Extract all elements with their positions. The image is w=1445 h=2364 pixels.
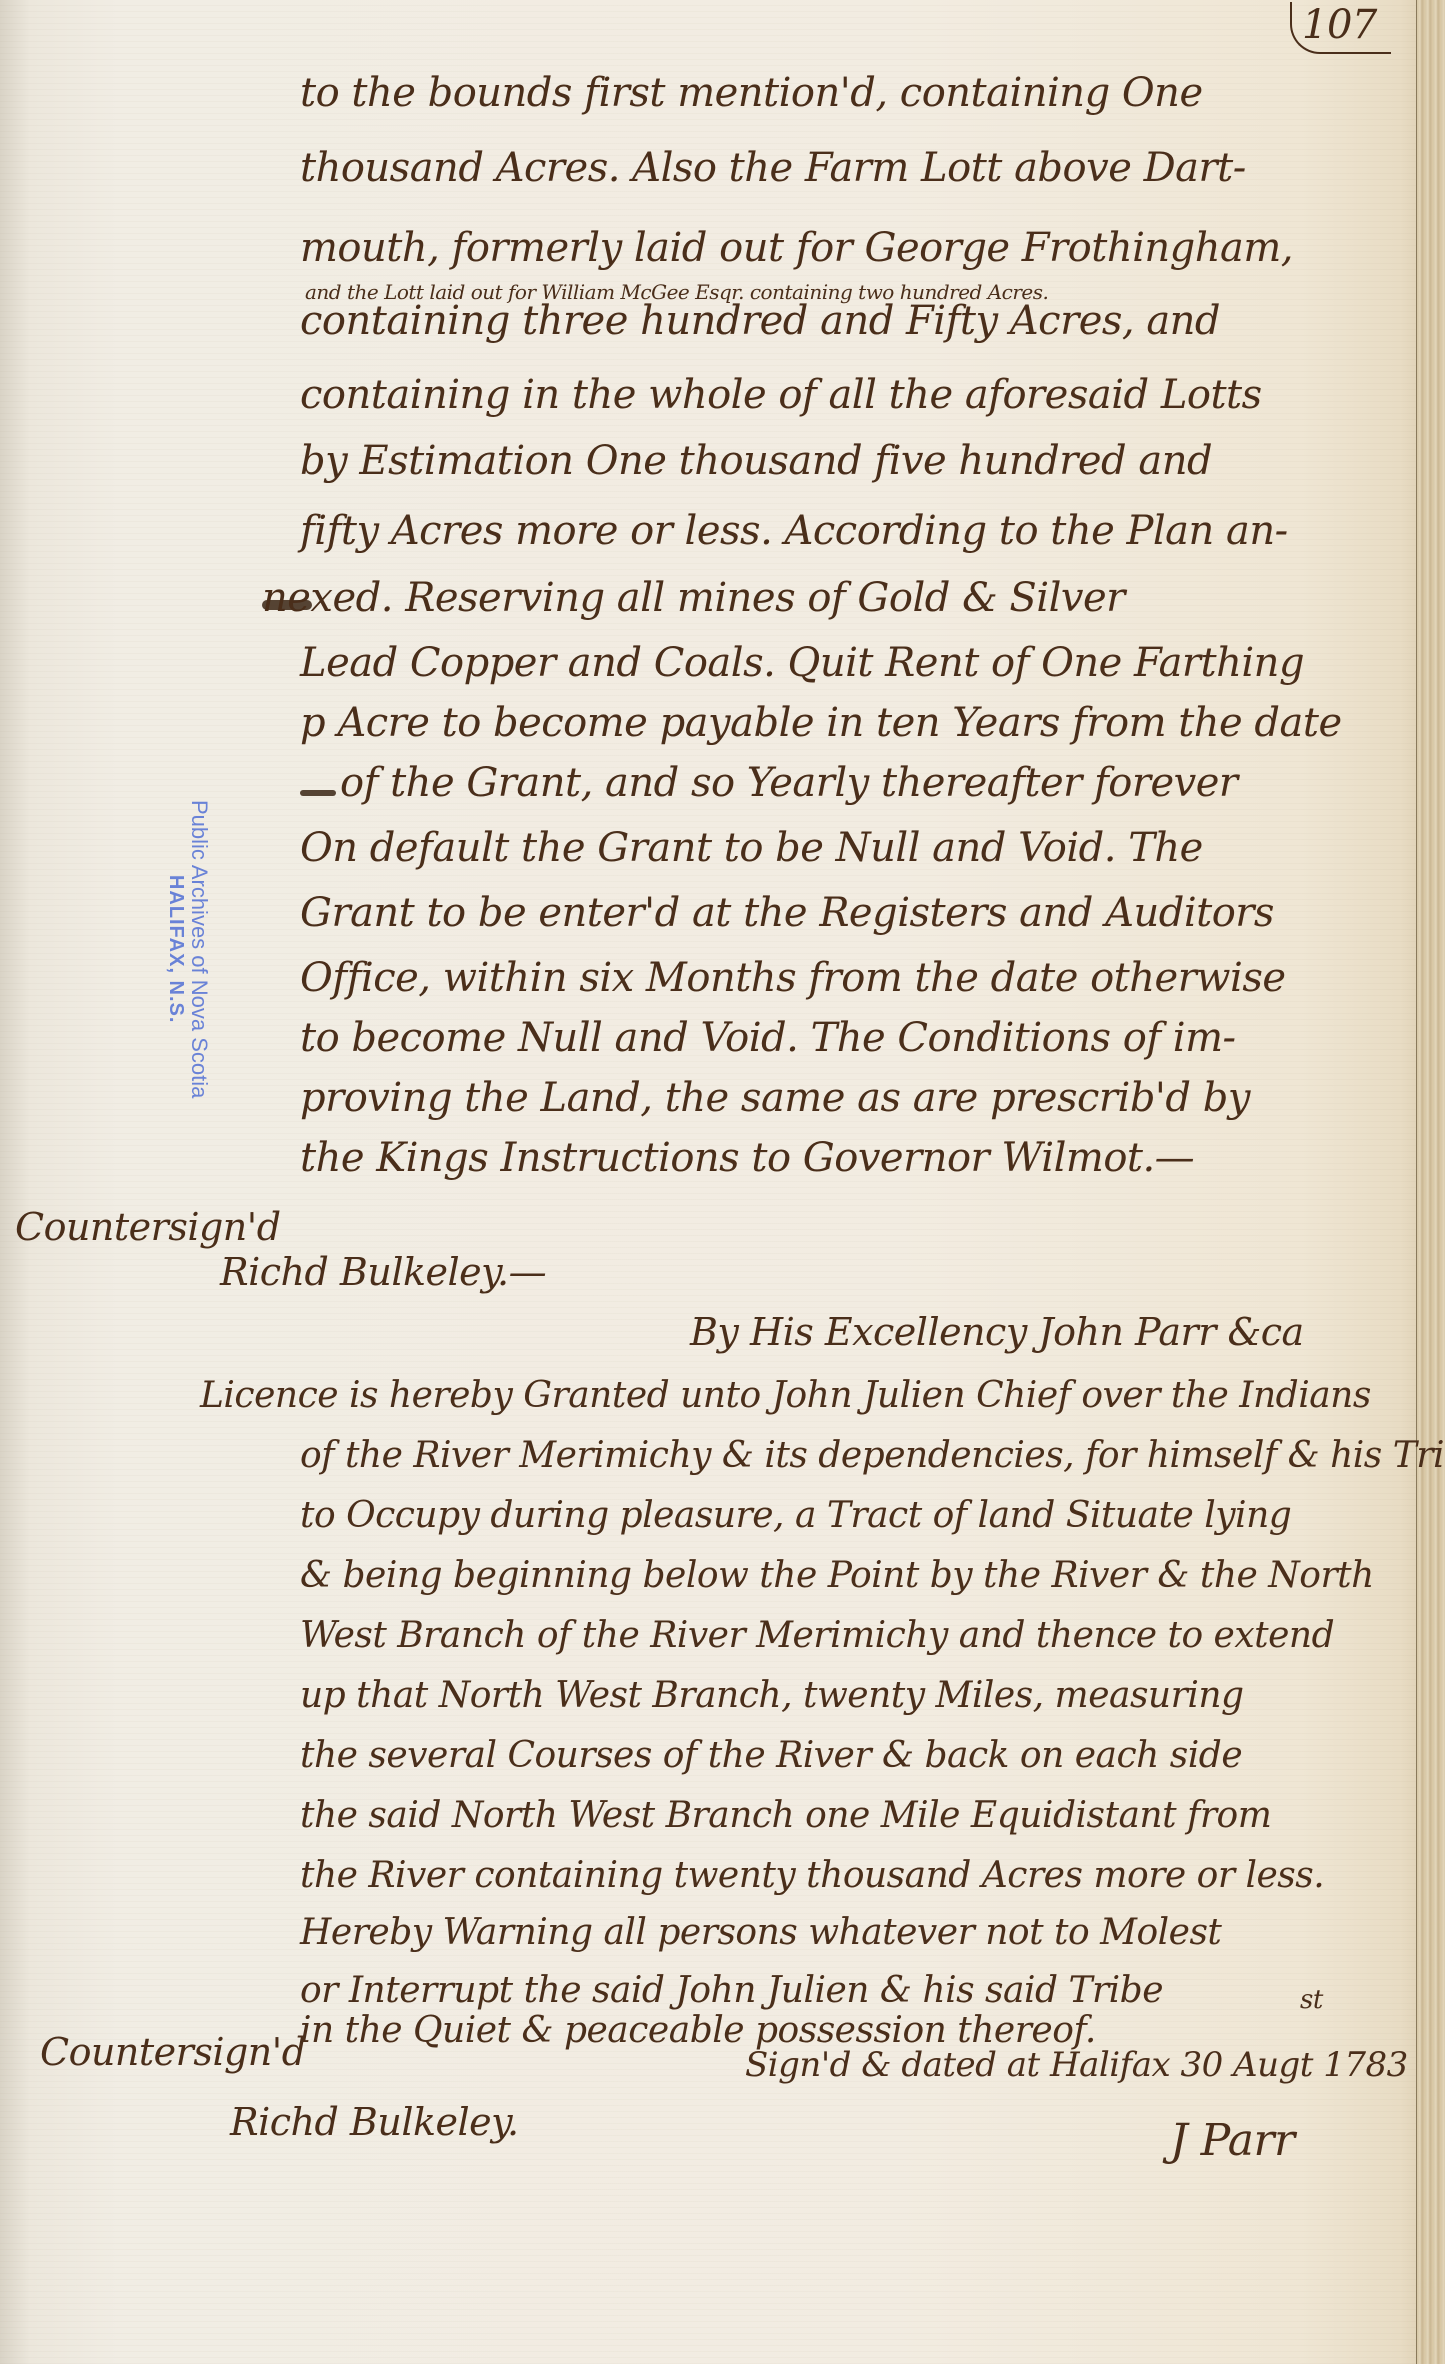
licence-line: Hereby Warning all persons whatever not …: [300, 1912, 1221, 1953]
grant-line: Lead Copper and Coals. Quit Rent of One …: [300, 640, 1304, 686]
grant-line: proving the Land, the same as are prescr…: [300, 1075, 1250, 1121]
grant-line: containing three hundred and Fifty Acres…: [300, 298, 1220, 344]
grant-line: the Kings Instructions to Governor Wilmo…: [300, 1135, 1194, 1181]
licence-line: the said North West Branch one Mile Equi…: [300, 1795, 1271, 1836]
struck-word: [300, 790, 336, 796]
grant-line: nexed. Reserving all mines of Gold & Sil…: [262, 575, 1125, 621]
grant-line: of the Grant, and so Yearly thereafter f…: [340, 760, 1238, 806]
licence-line: to Occupy during pleasure, a Tract of la…: [300, 1495, 1291, 1536]
grant-line: to the bounds first mention'd, containin…: [300, 70, 1203, 116]
licence-line: of the River Merimichy & its dependencie…: [300, 1435, 1445, 1476]
manuscript-page: 107 Public Archives of Nova Scotia HALIF…: [0, 0, 1445, 2364]
licence-heading: By His Excellency John Parr &ca: [690, 1310, 1304, 1354]
archive-stamp: Public Archives of Nova Scotia HALIFAX, …: [164, 800, 212, 1098]
grant-line: mouth, formerly laid out for George Frot…: [300, 225, 1293, 271]
grant-line: by Estimation One thousand five hundred …: [300, 438, 1212, 484]
page-number: 107: [1290, 2, 1391, 54]
licence-line: up that North West Branch, twenty Miles,…: [300, 1675, 1244, 1716]
governor-signature: J Parr: [1170, 2115, 1295, 2166]
grant-line: containing in the whole of all the afore…: [300, 372, 1262, 418]
grant-line: Grant to be enter'd at the Registers and…: [300, 890, 1274, 936]
licence-line: the several Courses of the River & back …: [300, 1735, 1242, 1776]
grant-line: Office, within six Months from the date …: [300, 955, 1286, 1001]
grant-line: p Acre to become payable in ten Years fr…: [300, 700, 1342, 746]
licence-line: West Branch of the River Merimichy and t…: [300, 1615, 1334, 1656]
date-superscript: st: [1300, 1985, 1323, 2015]
licence-line: the River containing twenty thousand Acr…: [300, 1855, 1324, 1896]
licence-line: Licence is hereby Granted unto John Juli…: [200, 1375, 1371, 1416]
licence-countersign-label: Countersign'd: [40, 2030, 306, 2074]
page-edge: [1416, 0, 1445, 2364]
licence-line: & being beginning below the Point by the…: [300, 1555, 1374, 1596]
grant-line: to become Null and Void. The Conditions …: [300, 1015, 1236, 1061]
licence-line: or Interrupt the said John Julien & his …: [300, 1970, 1163, 2011]
signed-dated-line: Sign'd & dated at Halifax 30 Augt 1783: [745, 2045, 1408, 2085]
grant-line: fifty Acres more or less. According to t…: [300, 508, 1288, 554]
licence-countersign-name: Richd Bulkeley.: [230, 2100, 519, 2144]
countersign-name: Richd Bulkeley.—: [220, 1250, 546, 1294]
stamp-line-2: HALIFAX, N.S.: [164, 800, 187, 1098]
grant-line: thousand Acres. Also the Farm Lott above…: [300, 145, 1246, 191]
grant-line: On default the Grant to be Null and Void…: [300, 825, 1203, 871]
stamp-line-1: Public Archives of Nova Scotia: [187, 800, 212, 1098]
countersign-label: Countersign'd: [15, 1205, 281, 1249]
